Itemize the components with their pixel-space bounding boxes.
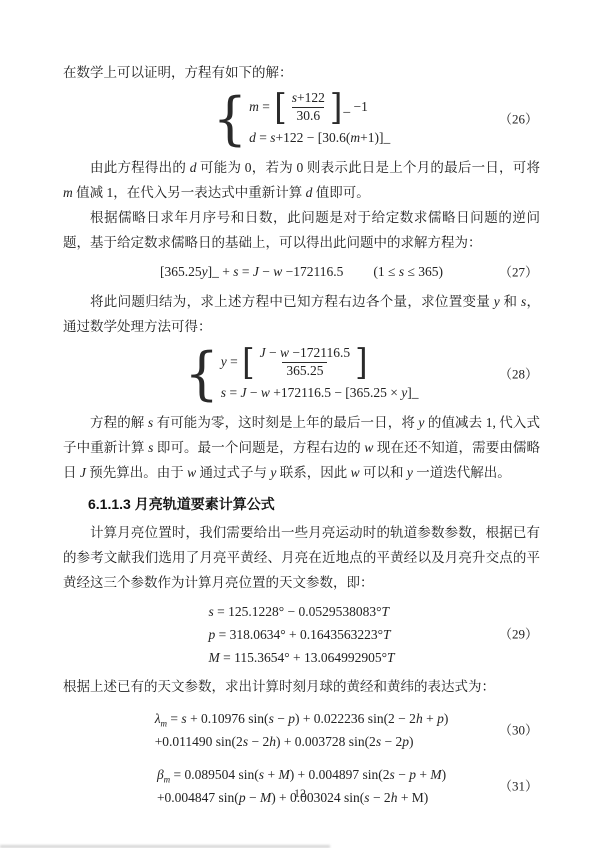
equation-27-body: [365.25y]_ + s = J − w −172116.5 (1 ≤ s … xyxy=(160,261,443,283)
eq28-line2: s = J − w +172116.5 − [365.25 × y]_ xyxy=(221,382,419,404)
eq26-line2: d = s+122 − [30.6(m+1)]_ xyxy=(249,127,390,149)
paragraph-s-zero: 方程的解 s 有可能为零，这时刻是上年的最后一日，将 y 的值减去 1, 代入式… xyxy=(63,410,540,485)
eq27-expression: [365.25y]_ + s = J − w −172116.5 xyxy=(160,261,343,283)
eq29-line-p: p = 318.0634° + 0.1643563223°T xyxy=(208,623,390,646)
equation-30-body: λm = s + 0.10976 sin(s − p) + 0.022236 s… xyxy=(155,707,449,753)
paragraph-intro: 在数学上可以证明，方程有如下的解： xyxy=(63,60,540,85)
equation-28: { y = [ J − w −172116.5 365.25 ] s = J −… xyxy=(63,345,540,404)
paragraph-lonlat-intro: 根据上述已有的天文参数，求出计算时刻月球的黄经和黄纬的表达式为： xyxy=(63,674,540,699)
paragraph-d-zero: 由此方程得出的 d 可能为 0，若为 0 则表示此日是上个月的最后一日，可将 m… xyxy=(63,155,540,205)
eq30-line2: +0.011490 sin(2s − 2h) + 0.003728 sin(2s… xyxy=(155,730,414,753)
eq30-line1: λm = s + 0.10976 sin(s − p) + 0.022236 s… xyxy=(155,707,449,730)
brace-left: { xyxy=(184,346,218,403)
fraction-denominator: 365.25 xyxy=(282,362,327,380)
brace-left: { xyxy=(213,91,247,148)
fraction: J − w −172116.5 365.25 xyxy=(256,345,355,380)
eq26-line1-rhs: _ −1 xyxy=(343,96,368,118)
eq27-constraint: (1 ≤ s ≤ 365) xyxy=(373,261,443,283)
equation-number-29: （29） xyxy=(499,622,538,647)
equation-number-26: （26） xyxy=(499,107,538,132)
equation-30: λm = s + 0.10976 sin(s − p) + 0.022236 s… xyxy=(63,707,540,753)
page-number: 12 xyxy=(0,786,600,801)
page-content: 在数学上可以证明，方程有如下的解： { m = [ s+122 30.6 ] _… xyxy=(0,0,600,809)
section-heading: 6.1.1.3 月亮轨道要素计算公式 xyxy=(63,492,540,516)
fraction-denominator: 30.6 xyxy=(292,107,324,125)
equation-number-27: （27） xyxy=(499,259,538,284)
equation-27: [365.25y]_ + s = J − w −172116.5 (1 ≤ s … xyxy=(63,261,540,283)
bracket-left: [ xyxy=(274,89,286,125)
equation-26: { m = [ s+122 30.6 ] _ −1 d = s+122 − [3… xyxy=(63,90,540,149)
paragraph-moon-params: 计算月亮位置时，我们需要给出一些月亮运动时的轨道参数参数，根据已有的参考文献我们… xyxy=(63,520,540,595)
bracket-right: ] xyxy=(330,89,342,125)
equation-number-30: （30） xyxy=(499,717,538,742)
equation-29-body: s = 125.1228° − 0.0529538083°T p = 318.0… xyxy=(208,600,394,669)
fraction-numerator: s+122 xyxy=(288,90,329,107)
equation-29: s = 125.1228° − 0.0529538083°T p = 318.0… xyxy=(63,600,540,669)
document-page: 在数学上可以证明，方程有如下的解： { m = [ s+122 30.6 ] _… xyxy=(0,0,600,848)
eq26-line1-lhs: m = xyxy=(249,96,273,118)
bracket-left: [ xyxy=(242,344,254,380)
fraction: s+122 30.6 xyxy=(288,90,329,125)
eq29-line-s: s = 125.1228° − 0.0529538083°T xyxy=(208,600,389,623)
equation-26-body: { m = [ s+122 30.6 ] _ −1 d = s+122 − [3… xyxy=(213,90,390,149)
fraction-numerator: J − w −172116.5 xyxy=(256,345,355,362)
eq28-line1-lhs: y = xyxy=(221,351,241,373)
equation-number-28: （28） xyxy=(499,362,538,387)
bracket-right: ] xyxy=(355,344,367,380)
eq31-line1: βm = 0.089504 sin(s + M) + 0.004897 sin(… xyxy=(157,763,446,786)
paragraph-julian-inverse: 根据儒略日求年月序号和日数，此问题是对于给定数求儒略日问题的逆问题，基于给定数求… xyxy=(63,205,540,255)
eq29-line-M: M = 115.3654° + 13.064992905°T xyxy=(208,646,394,669)
paragraph-solve-ys: 将此问题归结为，求上述方程中已知方程右边各个量，求位置变量 y 和 s，通过数学… xyxy=(63,289,540,339)
equation-28-body: { y = [ J − w −172116.5 365.25 ] s = J −… xyxy=(184,345,418,404)
